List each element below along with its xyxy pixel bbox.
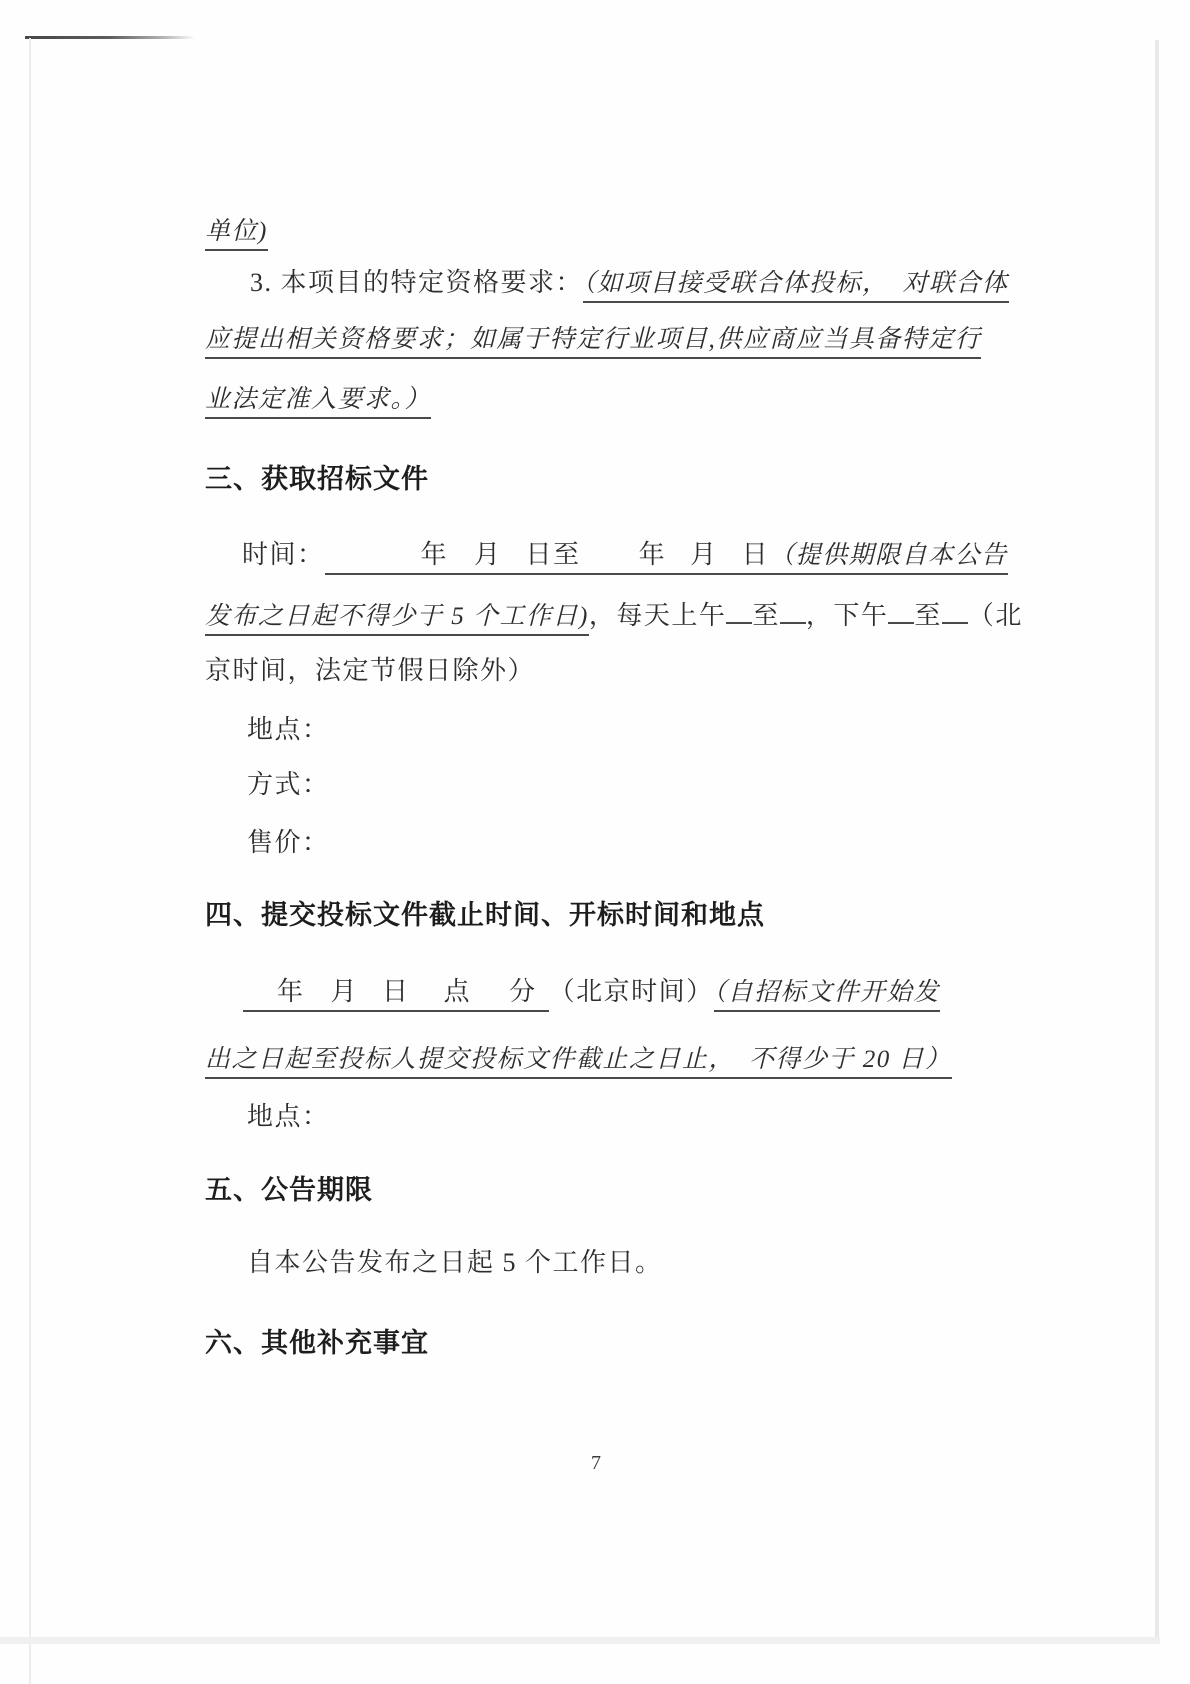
time-day2: 日 — [742, 540, 770, 569]
section5-heading: 五、公告期限 — [205, 1173, 373, 1207]
blank-field — [888, 596, 914, 624]
scan-artifact-left-edge — [29, 38, 31, 1684]
section4-datetime-line2: 出之日起至投标人提交投标文件截止之日止， 不得少于 20 日） — [205, 1042, 952, 1077]
section4-note-italic-line1: （自招标文件开始发 — [714, 979, 940, 1012]
beijing-time-label: （北京时间） — [549, 977, 714, 1006]
unit-suffix-line: 单位) — [205, 214, 268, 249]
open-year: 年 — [277, 977, 305, 1006]
section3-method-label: 方式： — [247, 768, 330, 802]
blank-field — [780, 596, 806, 624]
afternoon-label: ，下午 — [806, 601, 889, 630]
section4-datetime-line1: 年月日点分（北京时间）（自招标文件开始发 — [243, 975, 940, 1010]
daily-prefix: ，每天上午 — [589, 601, 727, 630]
item3-fill-line2: 应提出相关资格要求；如属于特定行业项目,供应商应当具备特定行 — [205, 326, 981, 359]
time-day1-to: 日至 — [526, 540, 581, 569]
time-year1: 年 — [421, 540, 449, 569]
section5-body: 自本公告发布之日起 5 个工作日。 — [247, 1246, 663, 1280]
item3-line1: 3. 本项目的特定资格要求：（如项目接受联合体投标， 对联合体 — [250, 266, 1009, 301]
scanned-document-page: 单位) 3. 本项目的特定资格要求：（如项目接受联合体投标， 对联合体 应提出相… — [0, 0, 1190, 1684]
time-fill-run: 年月日至年月日（提供期限自本公告 — [325, 540, 1008, 575]
scan-artifact-bottom-band — [0, 1637, 1160, 1644]
zhi-1: 至 — [752, 601, 780, 630]
section4-location-label: 地点： — [247, 1100, 330, 1134]
time-month2: 月 — [690, 540, 718, 569]
section4-heading: 四、提交投标文件截止时间、开标时间和地点 — [205, 898, 765, 932]
item3-line3: 业法定准入要求。） — [205, 382, 431, 417]
scan-artifact-top-line — [25, 36, 195, 39]
section6-heading: 六、其他补充事宜 — [205, 1326, 429, 1360]
unit-suffix-text: 单位) — [205, 218, 268, 251]
blank-field — [942, 596, 968, 624]
zhi-2: 至 — [914, 601, 942, 630]
time-note-italic: （提供期限自本公告 — [769, 542, 1008, 569]
section3-time-line1: 时间：年月日至年月日（提供期限自本公告 — [242, 538, 1008, 573]
time-label: 时间： — [242, 540, 325, 569]
item3-label: 3. 本项目的特定资格要求： — [250, 268, 583, 297]
blank-field — [726, 596, 752, 624]
item3-line2: 应提出相关资格要求；如属于特定行业项目,供应商应当具备特定行 — [205, 322, 981, 357]
time-month1: 月 — [474, 540, 502, 569]
time-year2: 年 — [639, 540, 667, 569]
section3-heading: 三、获取招标文件 — [205, 462, 429, 496]
item3-fill-line3: 业法定准入要求。） — [205, 386, 431, 419]
section4-note-italic-line2: 出之日起至投标人提交投标文件截止之日止， 不得少于 20 日） — [205, 1046, 952, 1079]
page-number: 7 — [591, 1452, 601, 1475]
section3-price-label: 售价： — [247, 826, 330, 860]
section3-location-label: 地点： — [247, 713, 330, 747]
open-month: 月 — [331, 977, 359, 1006]
time-note-italic-line2: 发布之日起不得少于 5 个工作日) — [205, 603, 589, 636]
paren-north: （北 — [968, 601, 1023, 630]
open-minute: 分 — [509, 977, 537, 1006]
open-day: 日 — [382, 977, 410, 1006]
scan-artifact-right-edge — [1155, 40, 1159, 1640]
section3-time-line2: 发布之日起不得少于 5 个工作日)，每天上午至，下午至（北 — [205, 596, 1023, 634]
open-hour: 点 — [444, 977, 472, 1006]
section3-time-line3: 京时间，法定节假日除外） — [205, 654, 535, 688]
datetime-fill-run: 年月日点分 — [243, 977, 549, 1012]
item3-fill-line1: （如项目接受联合体投标， 对联合体 — [583, 270, 1009, 303]
